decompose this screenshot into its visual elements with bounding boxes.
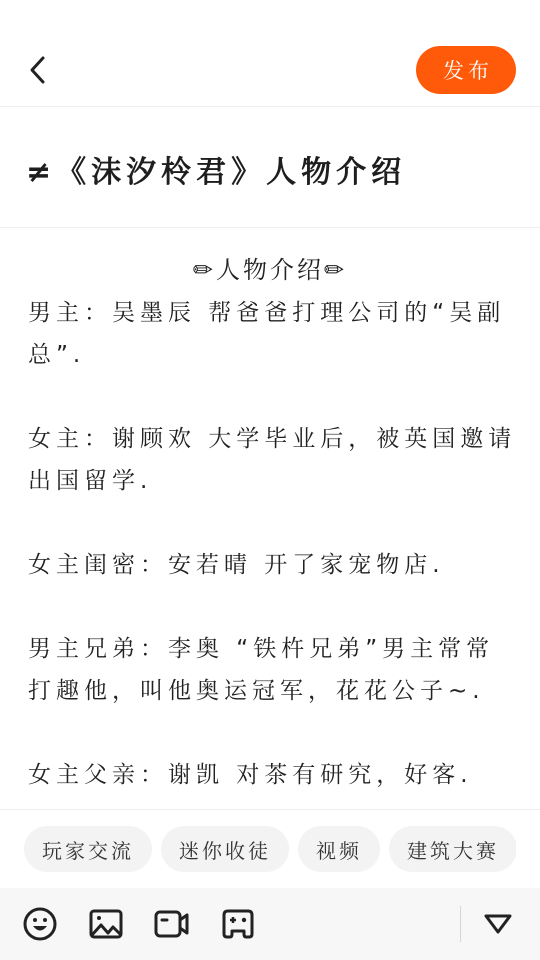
post-body-editor[interactable]: ✏人物介绍✏ 男主：吴墨辰 帮爸爸打理公司的“吴副总”. 女主：谢顾欢 大学毕业… — [0, 228, 540, 810]
toolbar-divider — [460, 906, 461, 942]
publish-button[interactable]: 发布 — [416, 46, 516, 94]
video-button[interactable] — [154, 906, 190, 942]
video-icon — [154, 910, 190, 938]
header-bar: 发布 — [0, 0, 540, 107]
image-button[interactable] — [88, 906, 124, 942]
image-icon — [89, 909, 123, 939]
paragraph-male-lead: 男主：吴墨辰 帮爸爸打理公司的“吴副总”. — [28, 292, 518, 376]
collapse-button[interactable] — [480, 906, 516, 942]
title-field[interactable]: ≠《沫汐柃君》人物介绍 — [0, 107, 540, 228]
tag-player-exchange[interactable]: 玩家交流 — [24, 826, 152, 872]
bottom-toolbar — [0, 888, 540, 960]
paragraph-female-best-friend: 女主闺密：安若晴 开了家宠物店. — [28, 544, 518, 586]
topic-tags-scroller[interactable]: 玩家交流迷你收徒视频建筑大赛 — [24, 826, 516, 872]
chevron-left-icon — [28, 55, 46, 85]
game-button[interactable] — [220, 906, 256, 942]
content-heading: ✏人物介绍✏ — [0, 250, 540, 285]
emoji-icon — [23, 907, 57, 941]
back-button[interactable] — [22, 54, 52, 86]
topic-tags-row: 玩家交流迷你收徒视频建筑大赛 — [0, 810, 540, 888]
tag-mini-apprentice[interactable]: 迷你收徒 — [161, 826, 289, 872]
gamepad-icon — [222, 909, 254, 939]
paragraph-female-father: 女主父亲：谢凯 对茶有研究，好客. — [28, 754, 518, 796]
post-title: ≠《沫汐柃君》人物介绍 — [26, 147, 406, 191]
tag-building-contest[interactable]: 建筑大赛 — [389, 826, 516, 872]
triangle-down-icon — [483, 913, 513, 935]
paragraph-female-lead: 女主：谢顾欢 大学毕业后，被英国邀请出国留学. — [28, 418, 518, 502]
emoji-button[interactable] — [22, 906, 58, 942]
tag-video[interactable]: 视频 — [298, 826, 380, 872]
post-editor-screen: 发布 ≠《沫汐柃君》人物介绍 ✏人物介绍✏ 男主：吴墨辰 帮爸爸打理公司的“吴副… — [0, 0, 540, 960]
paragraph-male-brother: 男主兄弟：李奥 “铁杵兄弟”男主常常打趣他，叫他奥运冠军，花花公子~. — [28, 628, 518, 712]
